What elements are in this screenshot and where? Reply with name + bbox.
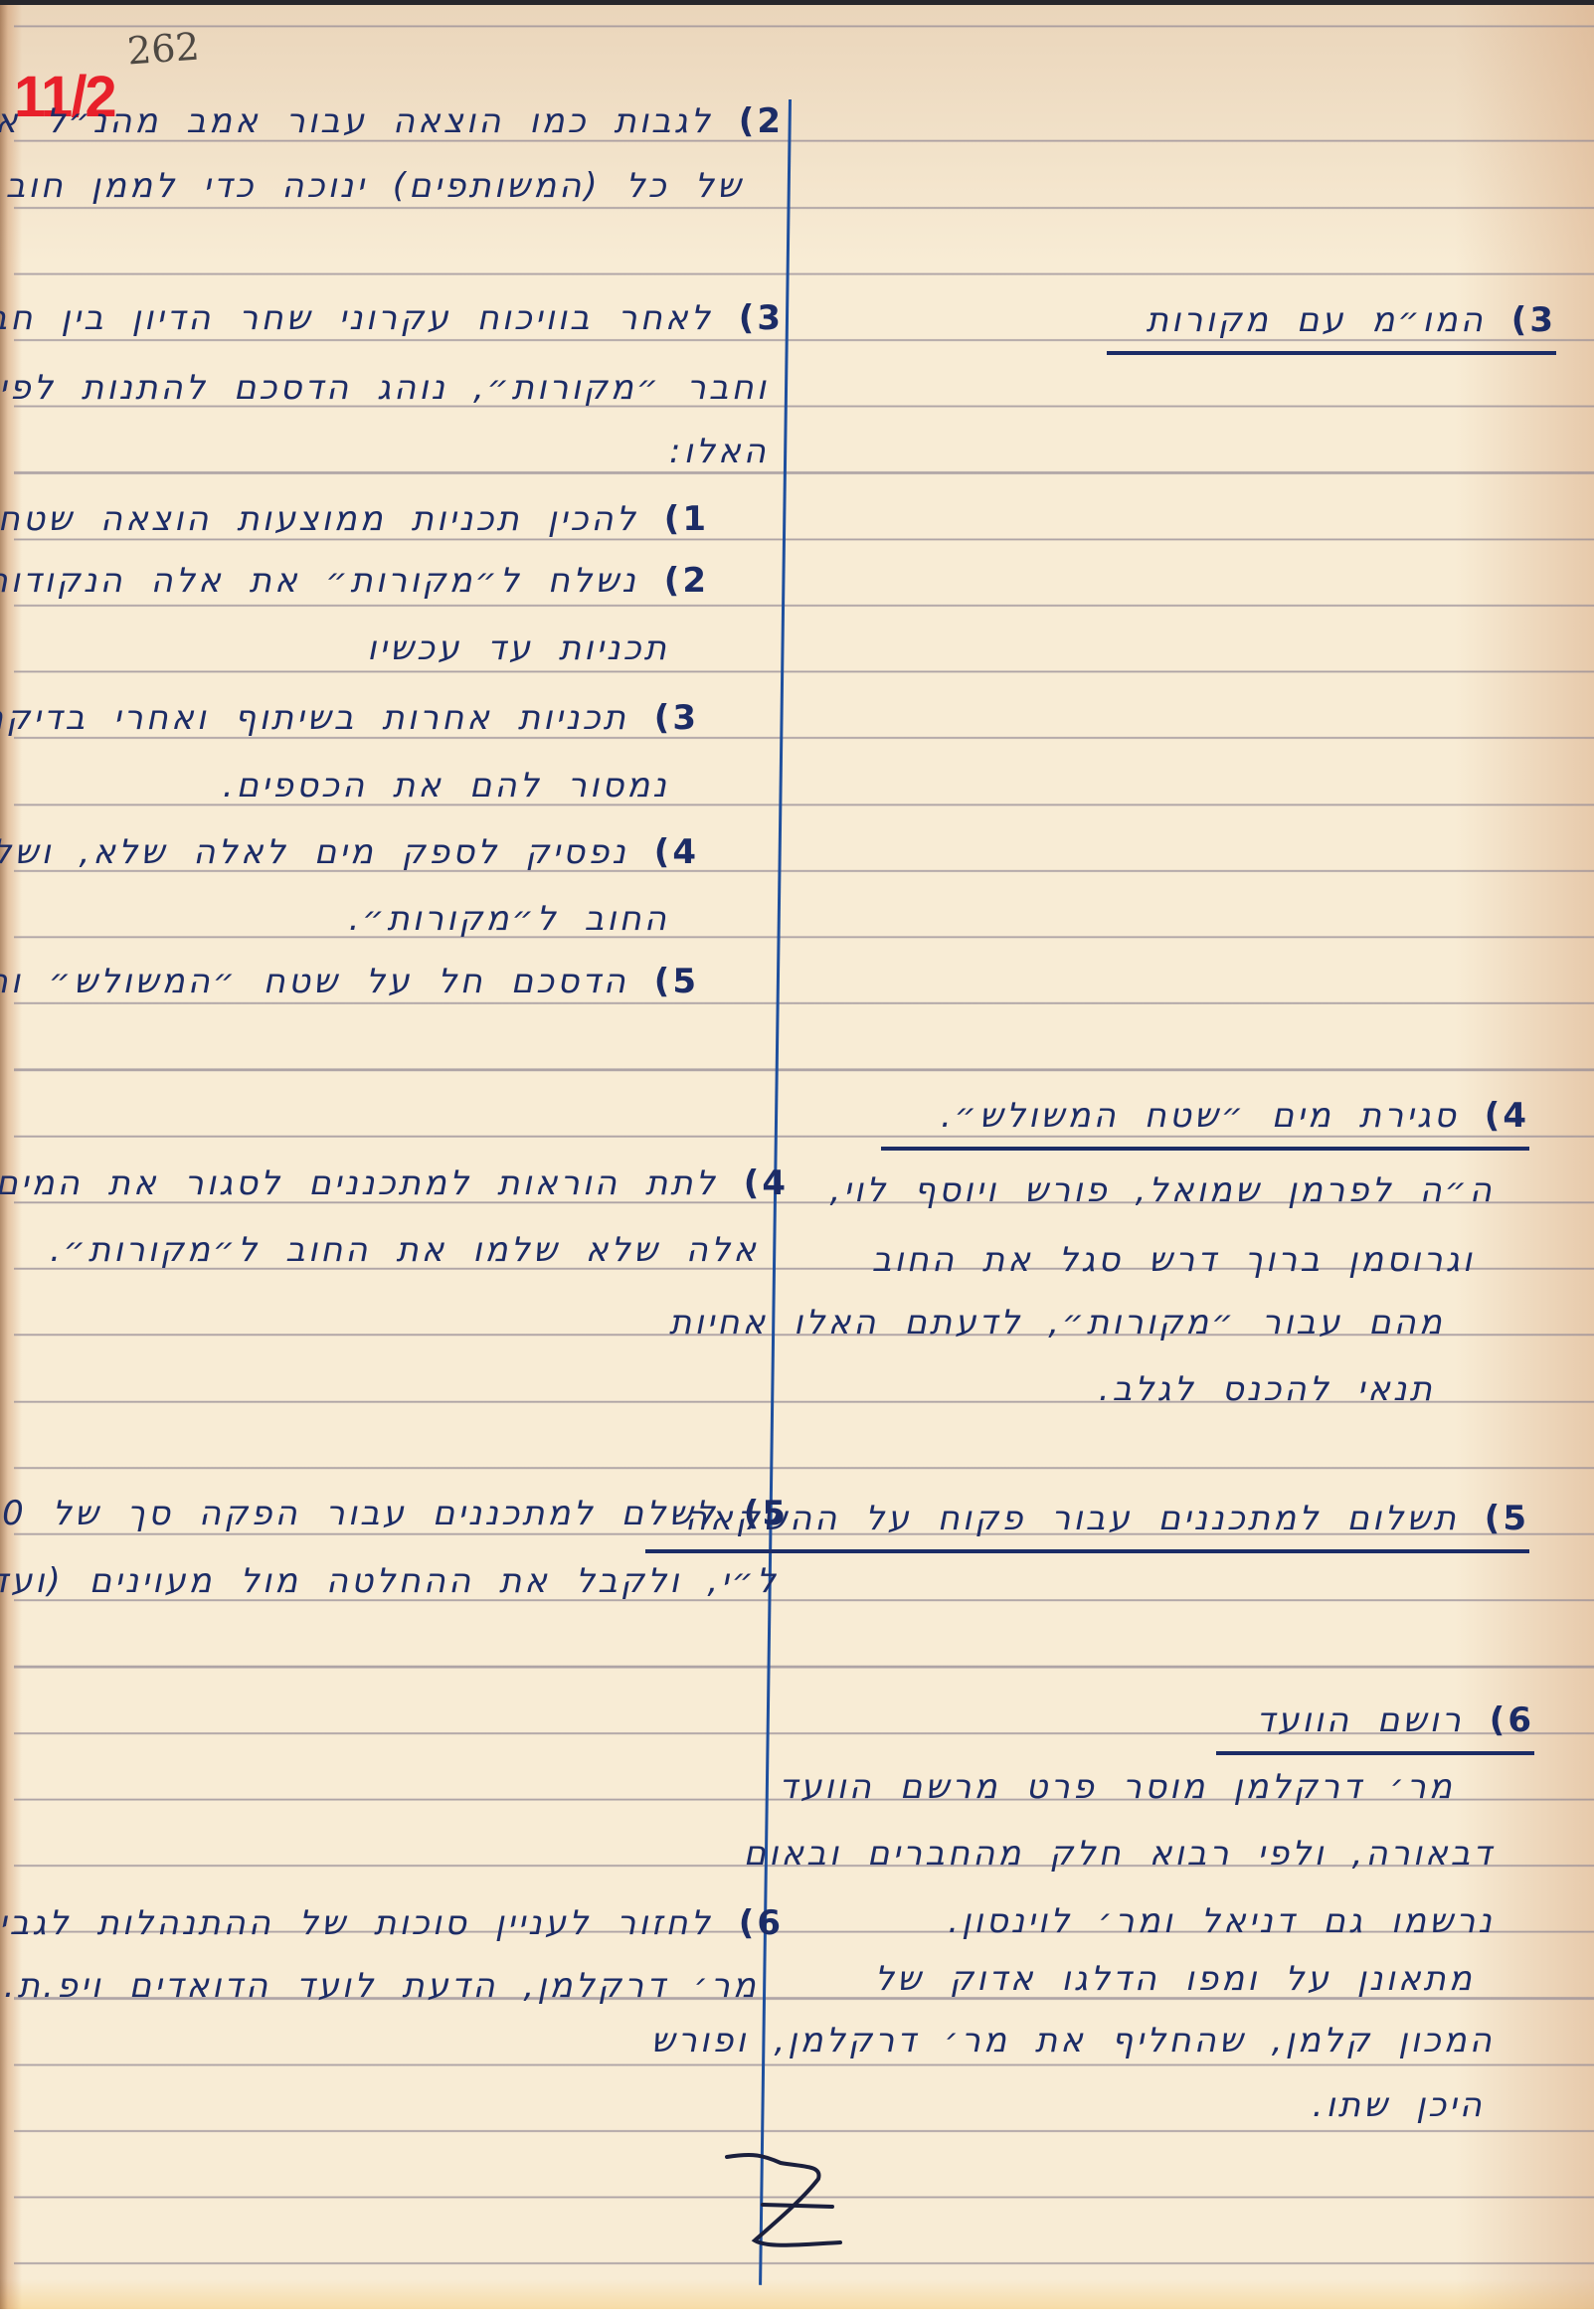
left-subitem-1: 1) להכין תכניות ממוצעות הוצאה שטח המשולש… bbox=[0, 502, 709, 536]
right-heading-3: 3) המו״מ עם מקורות bbox=[1107, 303, 1556, 355]
left-item-2-line-1: 2) לגבות כמו הוצאה עבור אמב מהנ״ל אסף bbox=[0, 104, 784, 138]
right-heading-5: 5) תשלום למתכננים עבור פקוח על ההשקאה bbox=[645, 1502, 1529, 1553]
right-body-6-line-2: דבאורה, ולפי רבוא חלק מהחברים ובאום bbox=[744, 1837, 1495, 1871]
left-subitem-4-line-1: 4) נפסיק לספק מים לאלה שלא, ושלמו את bbox=[0, 835, 699, 869]
left-subitem-2-line-2: תכניות עד עכשיו bbox=[367, 631, 669, 665]
right-body-6-line-1: מר׳ דרקלמן מוסר פרט מרשם הוועד bbox=[779, 1770, 1455, 1804]
right-body-4-line-1: ה״ה לפרמן שמואל, פורש ויוסף לוי, bbox=[829, 1173, 1495, 1207]
left-item-3-line-1: 3) לאחר בוויכוח עקרוני שחר הדיון בין חבר… bbox=[0, 301, 784, 335]
right-body-4-line-2: וגרוסמן ברוך דרש סגל את החוב bbox=[872, 1243, 1475, 1277]
right-body-6-line-4: מתאונן על ומפו הדלגו אדוק של bbox=[875, 1962, 1475, 1996]
notebook-page: 262 11/2 2) לגבות כמו הוצאה עבור אמב מהנ… bbox=[0, 0, 1594, 2309]
item-number: 3) bbox=[739, 298, 784, 338]
left-subitem-3-line-1: 3) תכניות אחרות בשיתוף ואחרי בדיקה של מע… bbox=[0, 701, 699, 735]
signature-mark-icon bbox=[723, 2145, 842, 2254]
page-number: 262 bbox=[126, 25, 201, 74]
left-item-6-line-1: 6) לחזור לעניין סוכות של ההתנהלות לגבי. bbox=[0, 1906, 784, 1940]
right-body-6-line-3: נרשמו גם דניאל ומר׳ לוינסון. bbox=[948, 1904, 1495, 1938]
left-item-5-line-2: ל״י, ולקבל את ההחלטה מול מעוינים (ועד הפ… bbox=[0, 1564, 779, 1598]
right-heading-4: 4) סגירת מים ״שטח המשולש״. bbox=[881, 1099, 1529, 1151]
right-body-4-line-3: מהם עבור ״מקורות״, לדעתם האלו אחיות bbox=[669, 1306, 1445, 1340]
left-item-6-line-2: מר׳ דרקלמן, הדעת לועד הדואדים ויפ.ת. bbox=[4, 1969, 759, 2003]
left-item-3-line-3: האלו: bbox=[669, 435, 769, 468]
left-subitem-2-line-1: 2) נשלח ל״מקורות״ את אלה הנקודות אשר נבו… bbox=[0, 564, 709, 598]
left-item-2-line-2: של כל (המשותפים) ינוכה כדי לממן חוב המשק… bbox=[0, 169, 744, 203]
item-number: 2) bbox=[739, 101, 784, 141]
right-body-6-line-5: המכון קלמן, שהחליף את מר׳ דרקלמן, ופורש bbox=[651, 2024, 1495, 2057]
right-heading-6: 6) רושם הוועד bbox=[1216, 1703, 1534, 1755]
left-item-4-line-1: 4) לתת הוראות למתכננים לסגור את המים, לכ… bbox=[0, 1166, 789, 1200]
left-item-3-line-2: וחבר ״מקורות״, נוהג הדסכם להתנות לפי התנ… bbox=[0, 371, 769, 405]
right-body-6-line-6: היכן שתו. bbox=[1313, 2088, 1485, 2122]
right-body-4-line-4: תנאי להכנס לגלב. bbox=[1099, 1372, 1435, 1406]
left-subitem-4-line-2: החוב ל״מקורות״. bbox=[349, 902, 669, 936]
left-item-4-line-2: אלה שלא שלמו את החוב ל״מקורות״. bbox=[50, 1233, 759, 1267]
left-subitem-3-line-2: נמסור להם את הכספים. bbox=[223, 769, 669, 803]
left-subitem-5: 5) הדסכם חל על שטח ״המשולש״ והפגניה״. bbox=[0, 965, 699, 998]
